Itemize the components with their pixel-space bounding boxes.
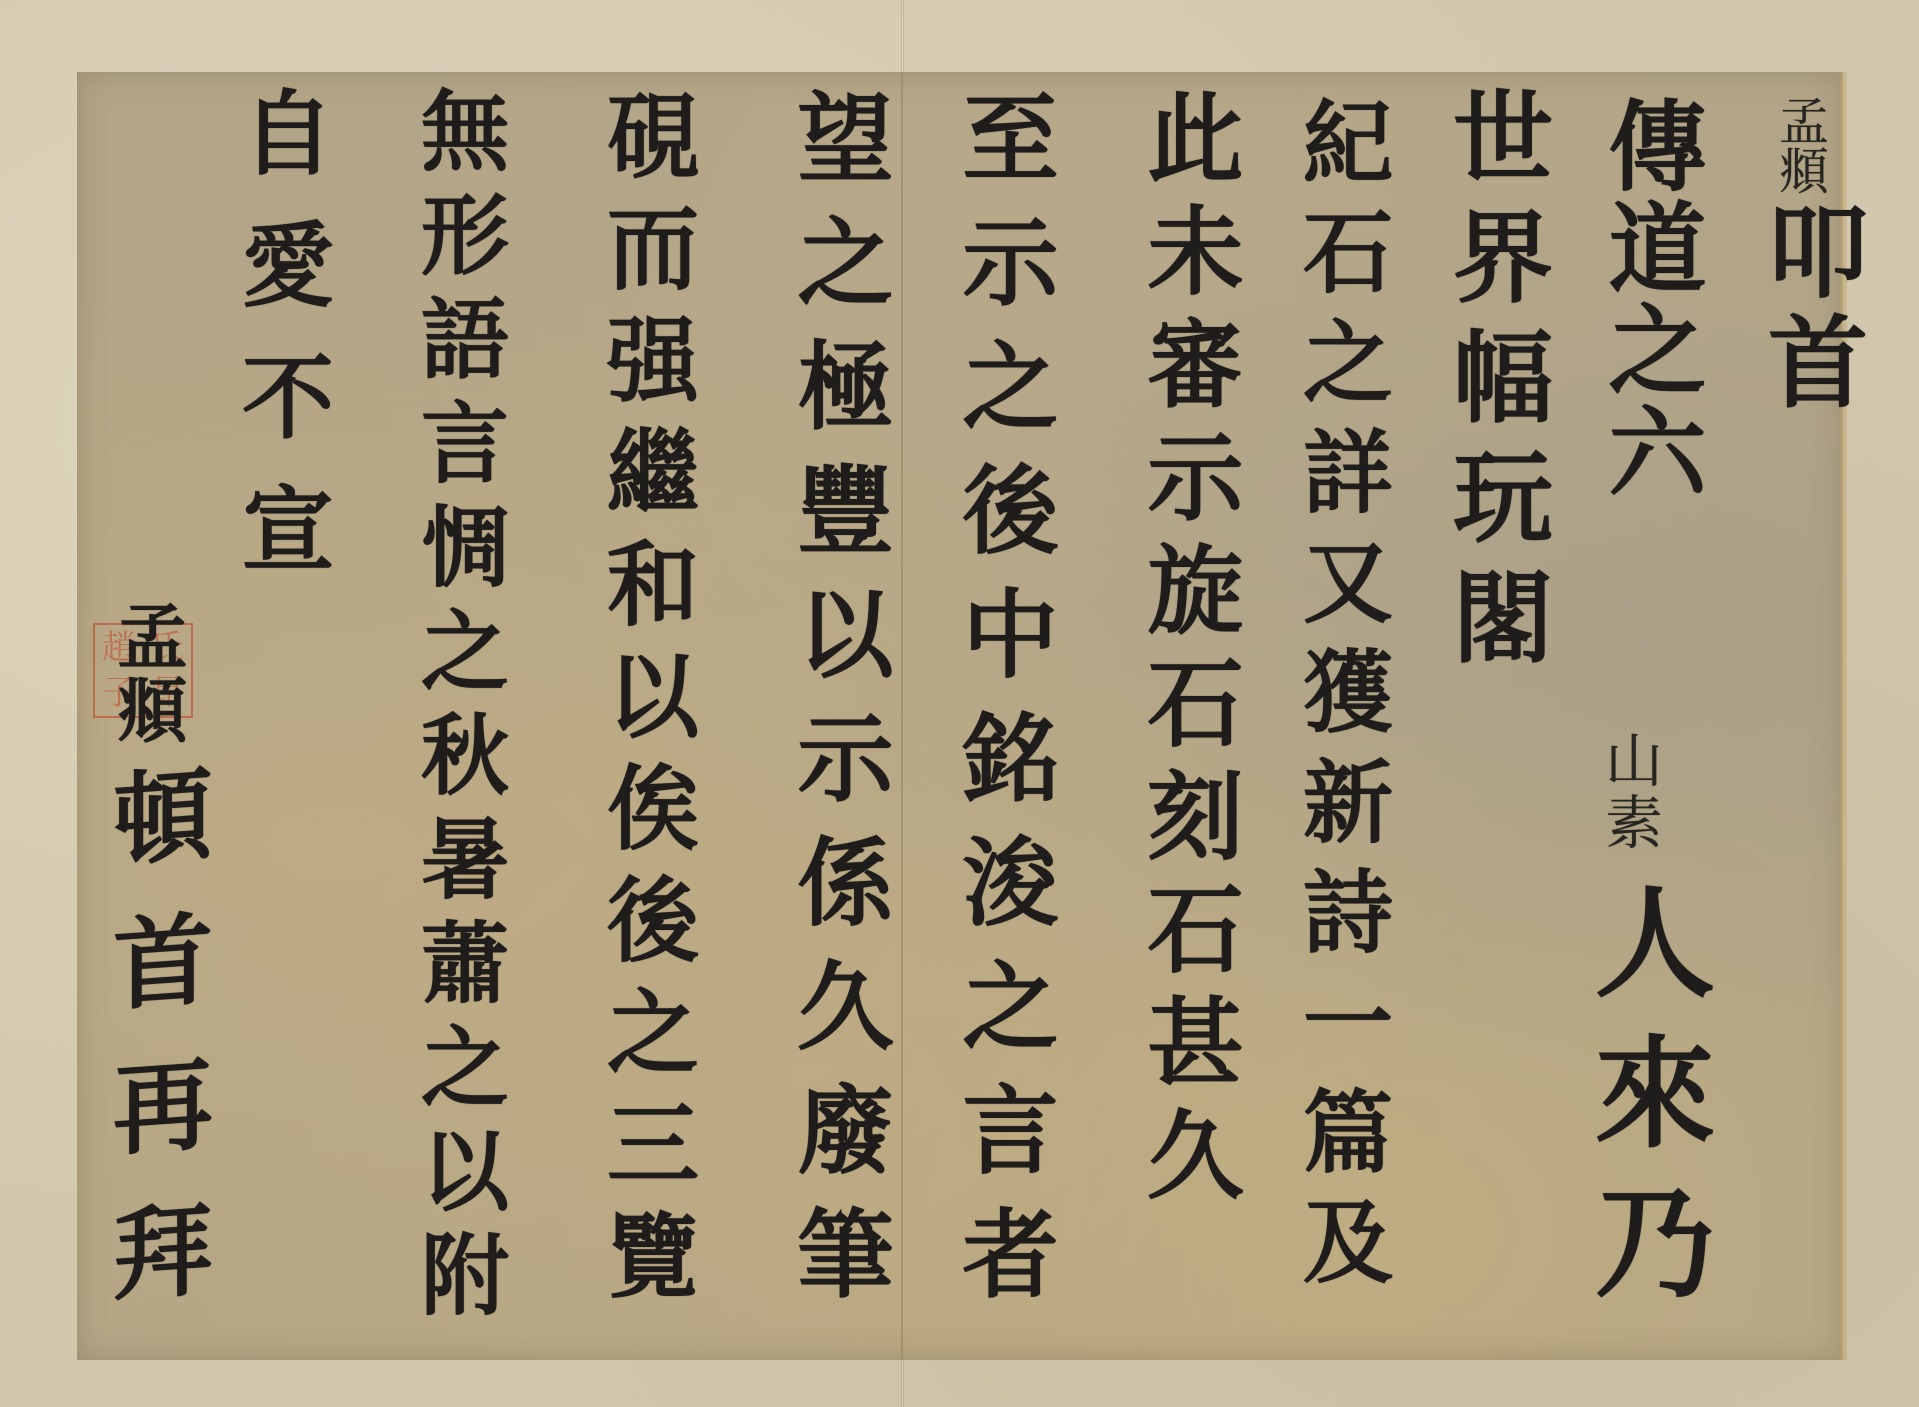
column-2-lower: 人來乃 — [1585, 880, 1705, 1330]
column-5: 此未審示旋石刻石甚久 — [1140, 88, 1236, 1218]
column-10: 自愛不宣 — [235, 85, 327, 613]
column-2-upper: 傳道之六 — [1600, 95, 1698, 503]
column-8: 硯而强繼和以俟後之三覽 — [600, 88, 692, 1320]
column-salutation-bow: 叩首 — [1760, 200, 1860, 420]
column-7: 望之極豐以示係久廢筆 — [790, 88, 886, 1328]
column-salutation-name: 孟頫 — [1775, 95, 1825, 195]
column-6: 至示之後中銘浚之言者 — [955, 88, 1051, 1328]
column-3: 世界幅玩閣 — [1445, 85, 1545, 685]
signature-name: 孟頫 — [112, 600, 182, 748]
column-4: 紀石之詳又獲新詩一篇及 — [1295, 95, 1385, 1305]
column-9: 無形語言惆之秋暑蕭之以附 — [415, 85, 503, 1333]
signature-closing: 頓首再拜 — [105, 762, 205, 1349]
column-2-small: 山素 — [1600, 730, 1658, 854]
paper-center-fold — [901, 72, 903, 1360]
